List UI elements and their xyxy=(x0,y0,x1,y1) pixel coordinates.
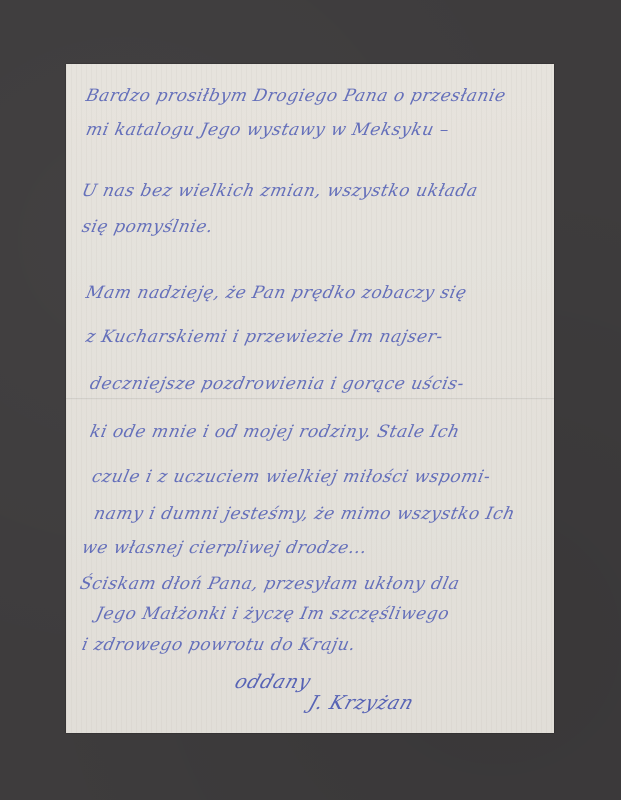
letter-line-1: Bardzo prosiłbym Drogiego Pana o przesła… xyxy=(84,86,508,106)
letter-line-14: i zdrowego powrotu do Kraju. xyxy=(80,635,358,655)
letter-line-3: U nas bez wielkich zmian, wszystko układ… xyxy=(80,181,480,201)
letter-line-9: czule i z uczuciem wielkiej miłości wspo… xyxy=(90,467,493,487)
letter-signature: J. Krzyżan xyxy=(306,692,417,714)
letter-line-8: ki ode mnie i od mojej rodziny. Stale Ic… xyxy=(88,422,462,442)
letter-line-13: Jego Małżonki i życzę Im szczęśliwego xyxy=(94,604,451,624)
letter-line-2: mi katalogu Jego wystawy w Meksyku – xyxy=(84,120,451,140)
letter-line-12: Ściskam dłoń Pana, przesyłam ukłony dla xyxy=(78,574,462,594)
letter-line-11: we własnej cierpliwej drodze... xyxy=(80,538,369,558)
letter-line-5: Mam nadzieję, że Pan prędko zobaczy się xyxy=(84,283,469,303)
letter-line-6: z Kucharskiemi i przewiezie Im najser- xyxy=(84,327,445,347)
letter-line-7: deczniejsze pozdrowienia i gorące uścis- xyxy=(88,374,466,394)
letter-page: Bardzo prosiłbym Drogiego Pana o przesła… xyxy=(66,64,554,733)
letter-line-4: się pomyślnie. xyxy=(80,217,215,237)
paper-fold-crease xyxy=(66,397,554,400)
letter-closing: oddany xyxy=(232,671,314,693)
letter-line-10: namy i dumni jesteśmy, że mimo wszystko … xyxy=(92,504,517,524)
